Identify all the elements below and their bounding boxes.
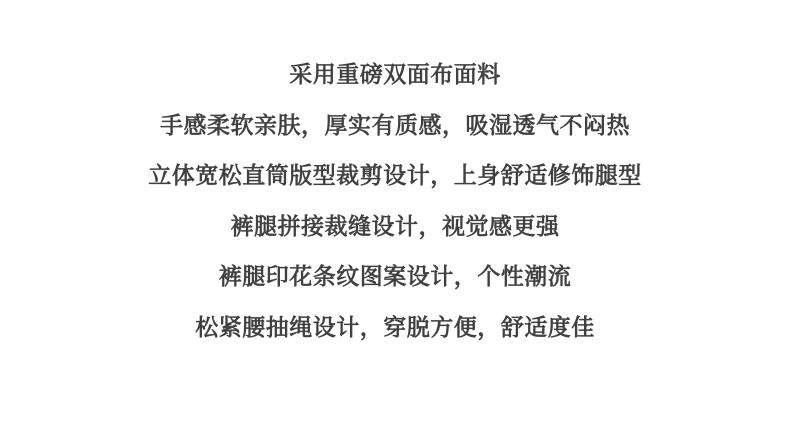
feature-line-waist: 松紧腰抽绳设计，穿脱方便，舒适度佳 [0,302,790,353]
feature-line-print: 裤腿印花条纹图案设计，个性潮流 [0,251,790,302]
feature-line-fabric: 采用重磅双面布面料 [0,49,790,100]
feature-line-seam: 裤腿拼接裁缝设计，视觉感更强 [0,201,790,252]
feature-line-cut: 立体宽松直筒版型裁剪设计，上身舒适修饰腿型 [0,150,790,201]
feature-line-feel: 手感柔软亲肤，厚实有质感，吸湿透气不闷热 [0,100,790,151]
feature-list: 采用重磅双面布面料 手感柔软亲肤，厚实有质感，吸湿透气不闷热 立体宽松直筒版型裁… [0,49,790,352]
product-description-page: 采用重磅双面布面料 手感柔软亲肤，厚实有质感，吸湿透气不闷热 立体宽松直筒版型裁… [0,0,790,433]
